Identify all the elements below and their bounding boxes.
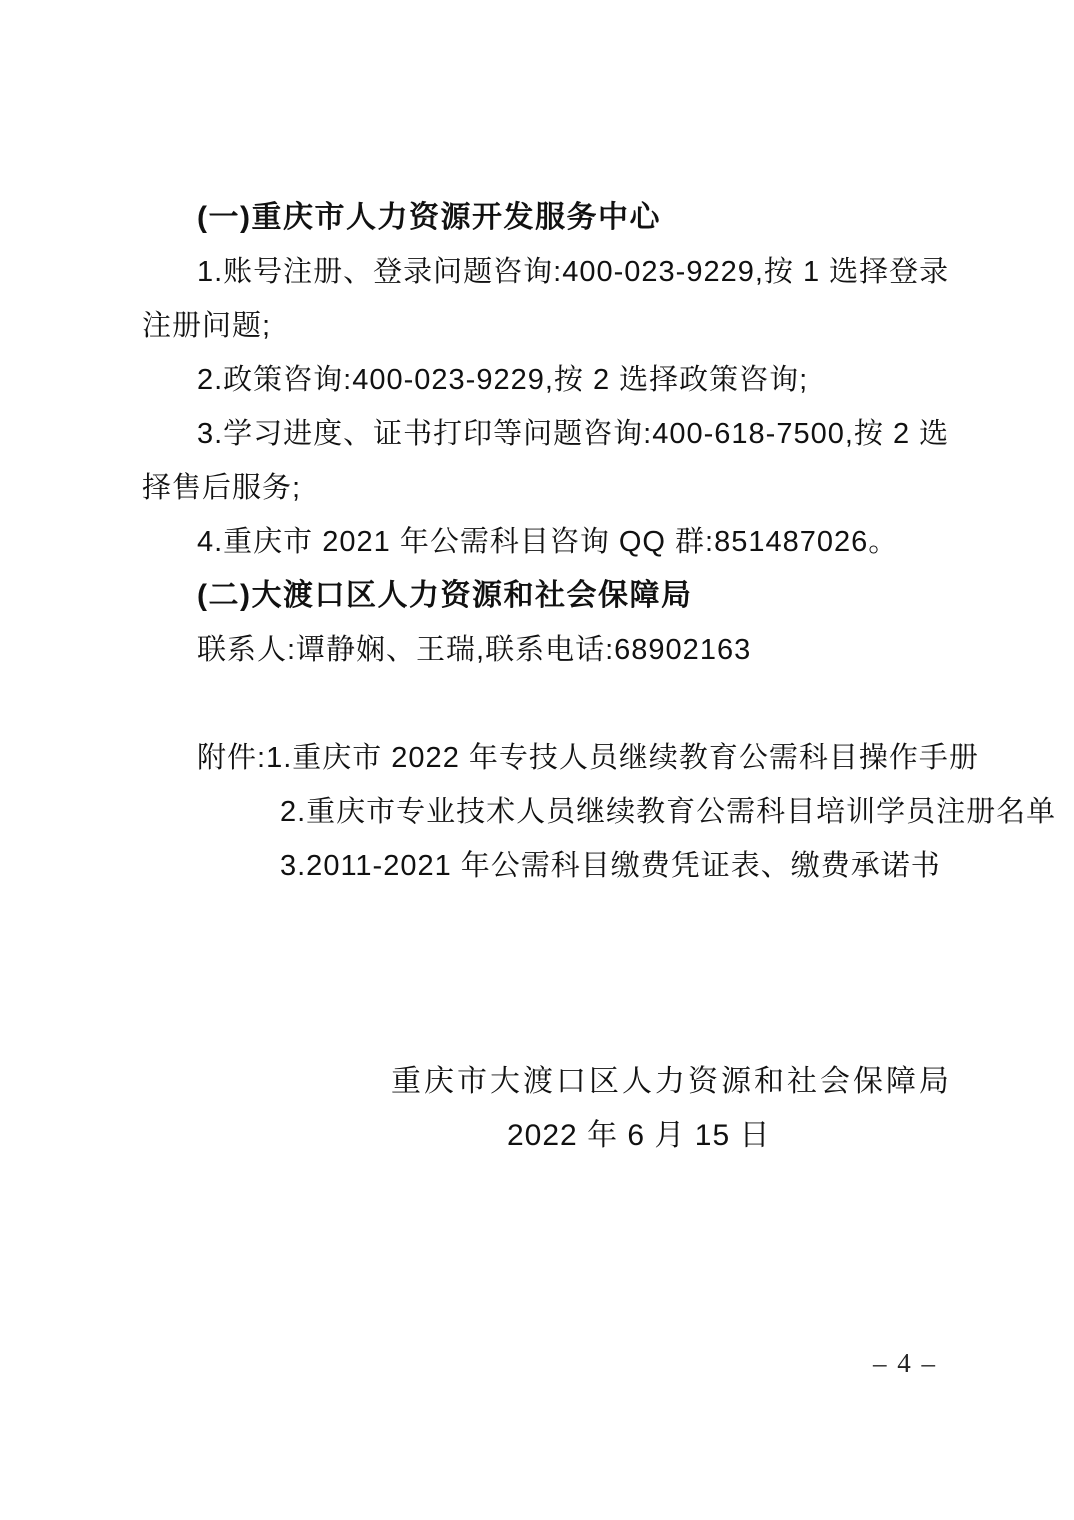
document-body: (一)重庆市人力资源开发服务中心 1.账号注册、登录问题咨询:400-023-9…	[142, 191, 954, 1163]
item-2-line: 2.政策咨询:400-023-9229,按 2 选择政策咨询;	[142, 353, 954, 407]
item-3-line-2: 择售后服务;	[142, 461, 954, 515]
item-1-line-1: 1.账号注册、登录问题咨询:400-023-9229,按 1 选择登录	[142, 245, 954, 299]
page-number: – 4 –	[873, 1348, 937, 1379]
attachment-item-1: 1.重庆市 2022 年专技人员继续教育公需科目操作手册	[266, 742, 979, 774]
section-heading-2: (二)大渡口区人力资源和社会保障局	[142, 569, 954, 623]
item-4-line: 4.重庆市 2021 年公需科目咨询 QQ 群:851487026。	[142, 515, 954, 569]
attachment-item-2: 2.重庆市专业技术人员继续教育公需科目培训学员注册名单	[142, 785, 954, 839]
blank-spacer-1	[142, 677, 954, 731]
item-3-line-1: 3.学习进度、证书打印等问题咨询:400-618-7500,按 2 选	[142, 407, 954, 461]
issue-date: 2022 年 6 月 15 日	[142, 1109, 954, 1163]
issuing-authority-signature: 重庆市大渡口区人力资源和社会保障局	[142, 1055, 954, 1109]
attachments-line-1: 附件:1.重庆市 2022 年专技人员继续教育公需科目操作手册	[142, 731, 954, 785]
attachments-label: 附件:	[197, 742, 266, 774]
attachment-item-3: 3.2011-2021 年公需科目缴费凭证表、缴费承诺书	[142, 839, 954, 893]
document-page: (一)重庆市人力资源开发服务中心 1.账号注册、登录问题咨询:400-023-9…	[0, 0, 1074, 1520]
section-heading-1: (一)重庆市人力资源开发服务中心	[142, 191, 954, 245]
item-1-line-2: 注册问题;	[142, 299, 954, 353]
blank-spacer-2	[142, 893, 954, 1055]
contact-line: 联系人:谭静娴、王瑞,联系电话:68902163	[142, 623, 954, 677]
